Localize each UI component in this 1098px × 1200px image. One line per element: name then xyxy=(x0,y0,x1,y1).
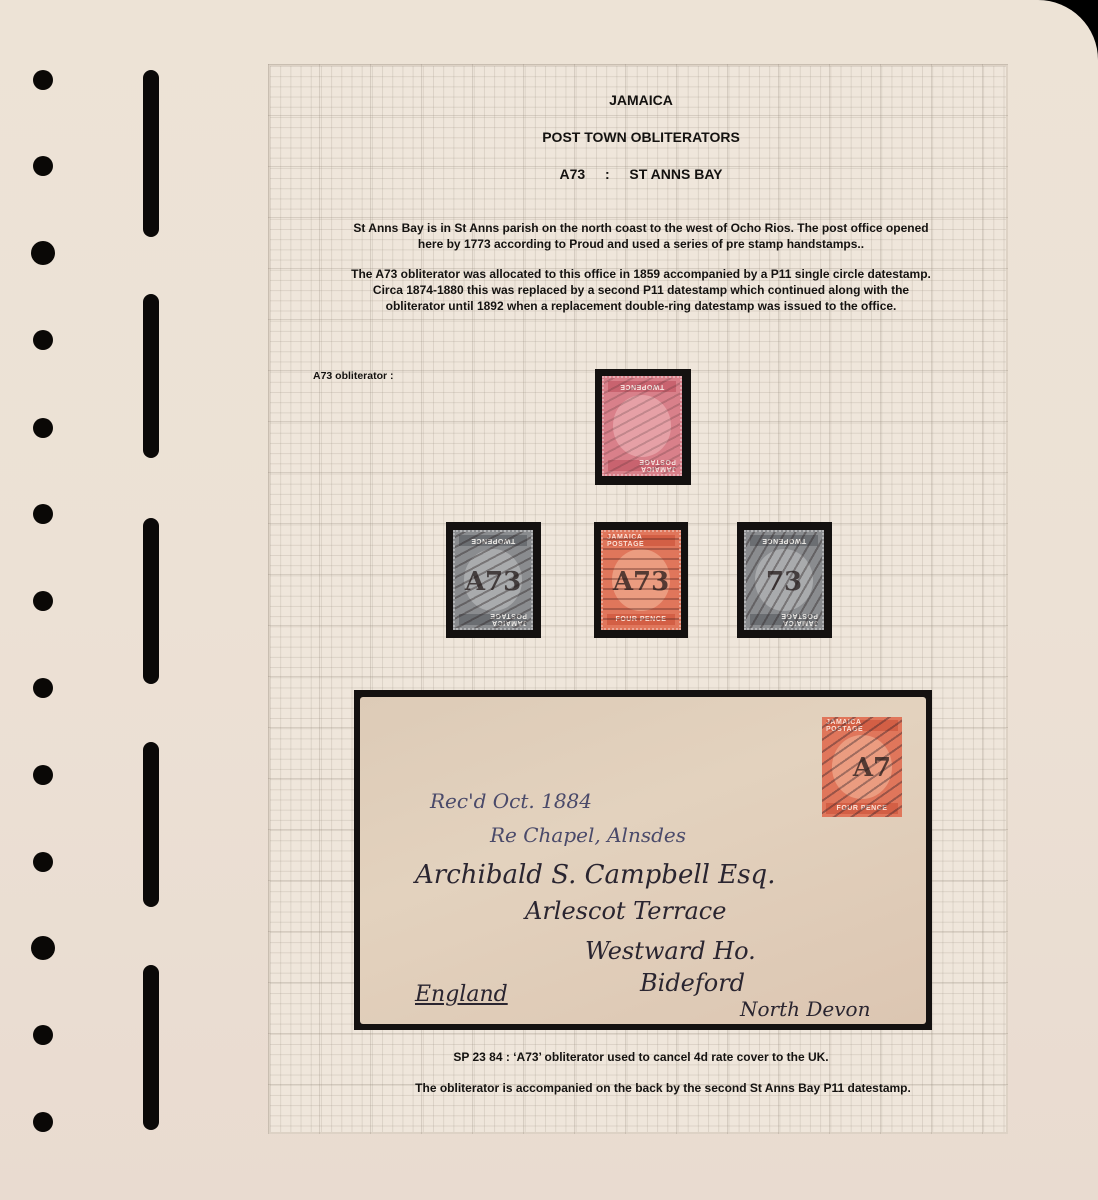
binder-slot xyxy=(143,518,159,684)
section-label: A73 obliterator : xyxy=(313,370,394,382)
handwritten-addressee: Archibald S. Campbell Esq. xyxy=(415,860,775,890)
handwritten-town: Westward Ho. xyxy=(585,937,756,965)
handwritten-county: North Devon xyxy=(740,997,870,1021)
punch-hole xyxy=(33,852,53,872)
handwritten-street: Arlescot Terrace xyxy=(525,897,726,925)
handwritten-reference: Re Chapel, Alnsdes xyxy=(490,823,686,847)
stamp-mount: JAMAICA POSTAGE FOUR PENCE A73 xyxy=(594,522,688,638)
stamp-mount: TWOPENCE JAMAICA POSTAGE 73 xyxy=(737,522,832,638)
obliterator-number: A7 xyxy=(842,753,902,783)
album-sheet: JAMAICA POST TOWN OBLITERATORS A73 : ST … xyxy=(0,0,1098,1200)
stamp-mount: TWOPENCE JAMAICA POSTAGE xyxy=(595,369,691,485)
obliterator-number: 73 xyxy=(746,567,822,597)
punch-hole xyxy=(33,678,53,698)
stamp-twopence-grey: TWOPENCE JAMAICA POSTAGE 73 xyxy=(744,530,824,630)
obliterator-number: A73 xyxy=(455,567,531,597)
punch-hole xyxy=(33,70,53,90)
intro-line: here by 1773 according to Proud and used… xyxy=(268,237,1014,252)
punch-hole xyxy=(33,591,53,611)
page-subheading: POST TOWN OBLITERATORS xyxy=(268,129,1014,145)
history-line: obliterator until 1892 when a replacemen… xyxy=(268,299,1014,314)
office-separator: : xyxy=(605,166,610,182)
history-line: Circa 1874-1880 this was replaced by a s… xyxy=(268,283,1014,298)
office-code: A73 xyxy=(559,166,585,182)
history-line: The A73 obliterator was allocated to thi… xyxy=(268,267,1014,282)
stamp-twopence-grey: TWOPENCE JAMAICA POSTAGE A73 xyxy=(453,530,533,630)
office-name: ST ANNS BAY xyxy=(629,166,722,182)
obliterator-cancel xyxy=(604,378,680,474)
punch-hole xyxy=(33,418,53,438)
stamp-twopence-rose: TWOPENCE JAMAICA POSTAGE xyxy=(602,376,682,476)
punch-hole xyxy=(31,241,55,265)
postal-cover: JAMAICA POSTAGE FOUR PENCE A7 Rec'd Oct.… xyxy=(360,697,926,1024)
cover-note: The obliterator is accompanied on the ba… xyxy=(268,1081,1058,1095)
punch-hole xyxy=(33,765,53,785)
obliterator-number: A73 xyxy=(603,567,679,597)
cover-caption: SP 23 84 : ‘A73’ obliterator used to can… xyxy=(268,1050,1014,1064)
intro-line: St Anns Bay is in St Anns parish on the … xyxy=(268,221,1014,236)
handwritten-country: England xyxy=(415,982,508,1007)
binder-slot xyxy=(143,742,159,907)
binder-slot xyxy=(143,294,159,458)
punch-hole xyxy=(33,330,53,350)
punch-hole xyxy=(31,936,55,960)
page-heading: JAMAICA xyxy=(268,92,1014,108)
office-title: A73 : ST ANNS BAY xyxy=(268,166,1014,182)
punch-hole xyxy=(33,156,53,176)
handwritten-city: Bideford xyxy=(640,969,745,997)
punch-hole xyxy=(33,504,53,524)
cover-stamp-fourpence: JAMAICA POSTAGE FOUR PENCE A7 xyxy=(822,717,902,817)
punch-hole xyxy=(33,1025,53,1045)
punch-hole xyxy=(33,1112,53,1132)
binder-slot xyxy=(143,965,159,1130)
stamp-mount: TWOPENCE JAMAICA POSTAGE A73 xyxy=(446,522,541,638)
handwritten-received-note: Rec'd Oct. 1884 xyxy=(430,789,592,813)
binder-slot xyxy=(143,70,159,237)
stamp-fourpence-orange: JAMAICA POSTAGE FOUR PENCE A73 xyxy=(601,530,681,630)
